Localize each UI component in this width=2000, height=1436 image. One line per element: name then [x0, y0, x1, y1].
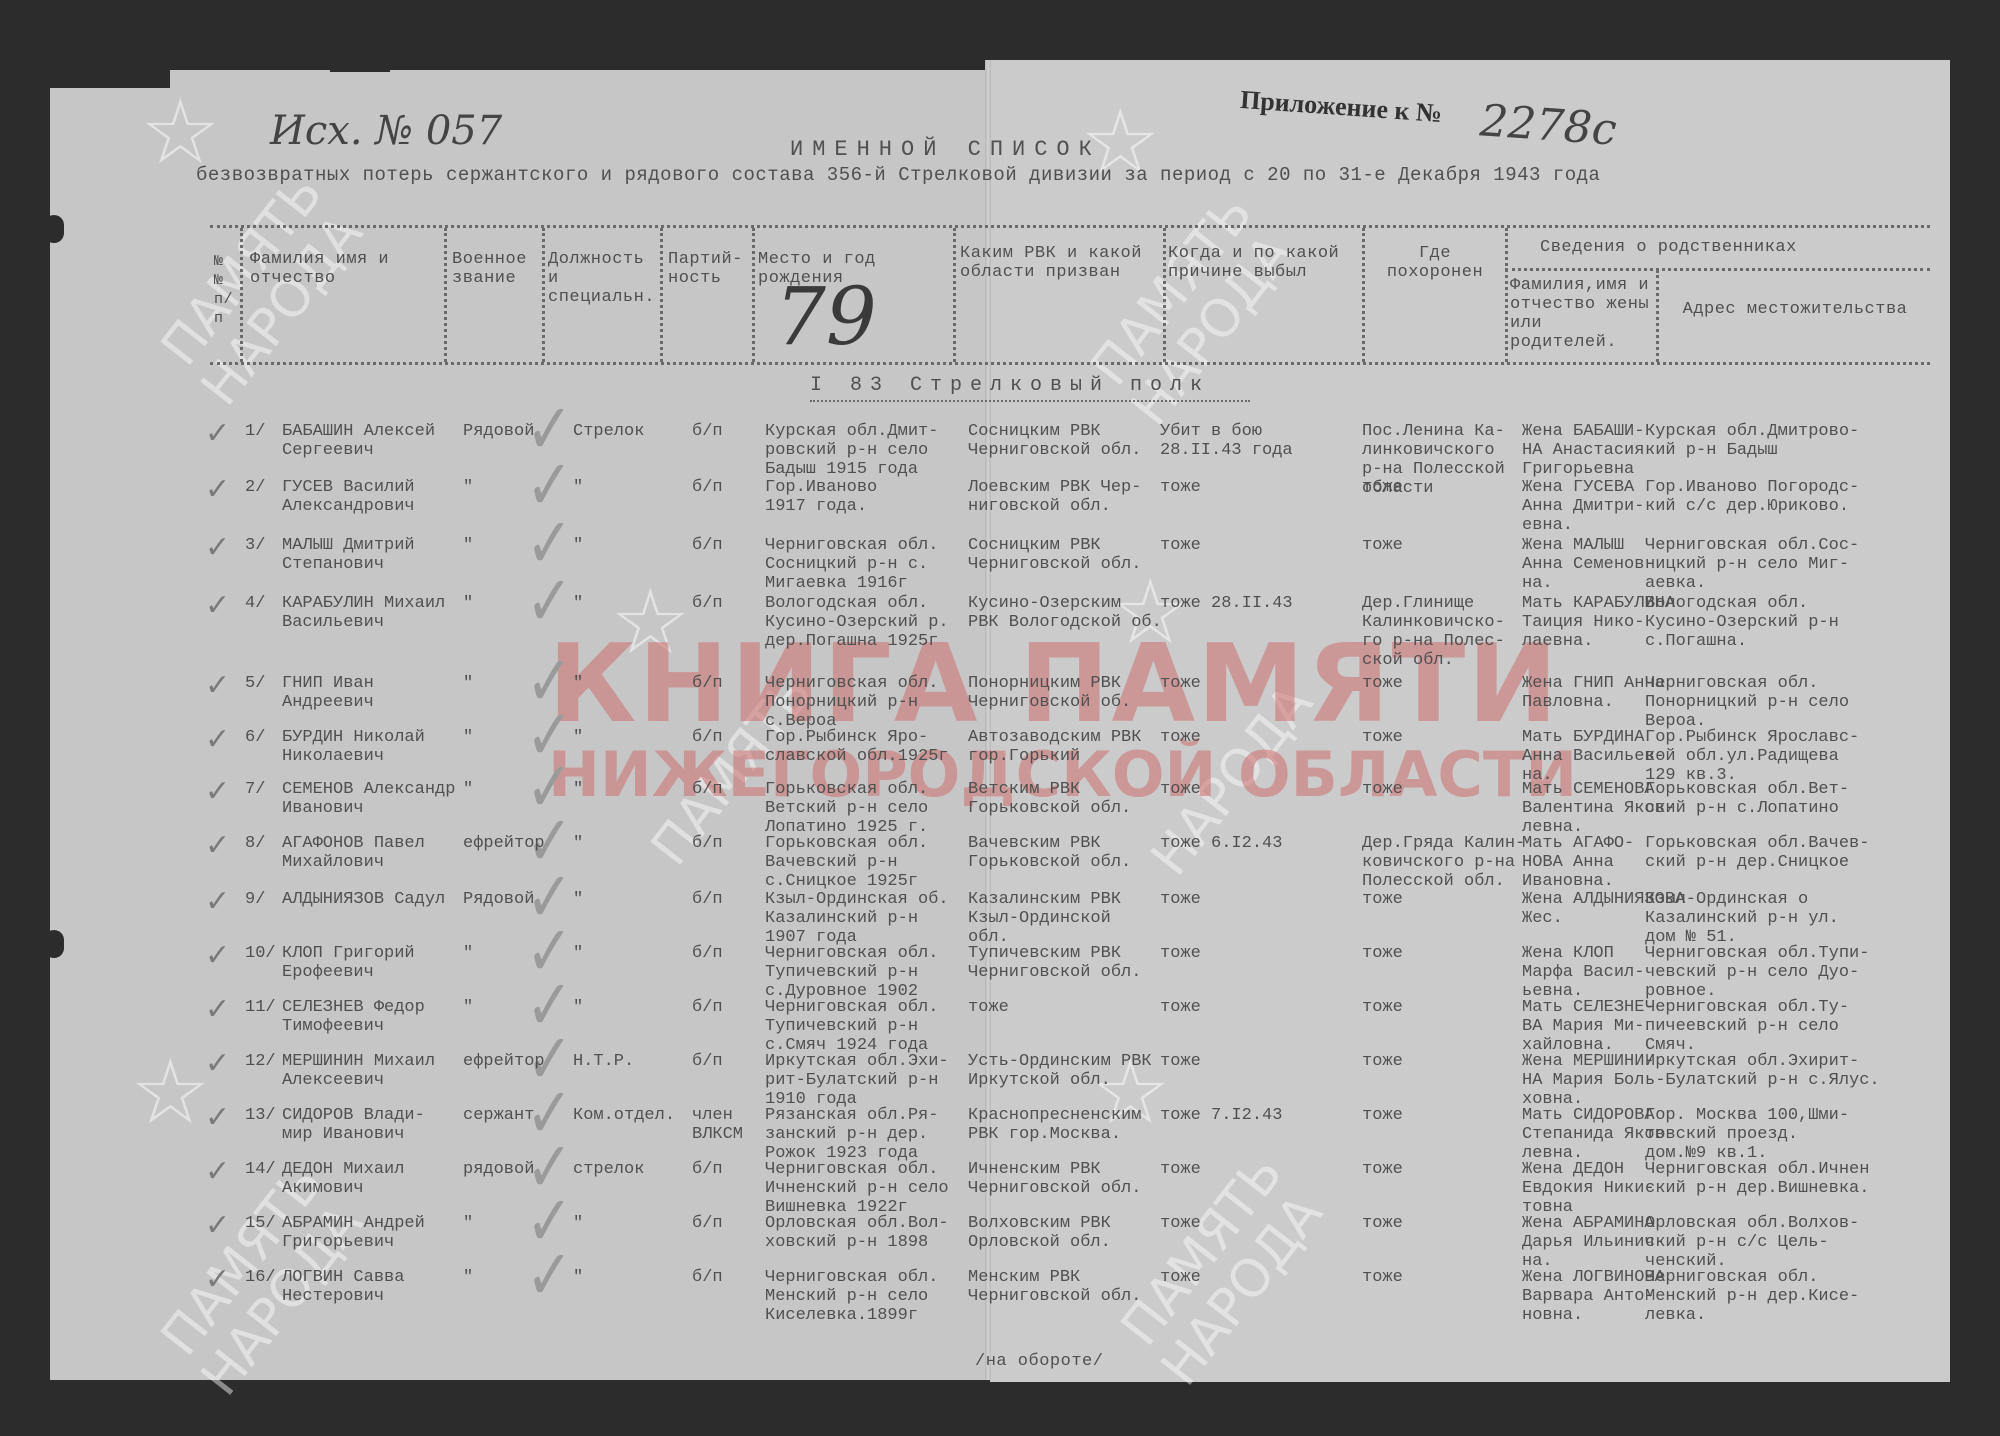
- cell-birth: Черниговская обл. Ичненский р-н село Виш…: [765, 1160, 949, 1217]
- cell-draft: Вачевским РВК Горьковской обл.: [968, 834, 1131, 872]
- cell-birth: Орловская обл.Вол- ховский р-н 1898: [765, 1214, 949, 1252]
- cell-relative-address: Горьковская обл.Вачев- ский р-н дер.Сниц…: [1645, 834, 1869, 872]
- cell-draft: Волховским РВК Орловской обл.: [968, 1214, 1111, 1252]
- cell-party: б/п: [692, 1052, 723, 1071]
- cell-buried: тоже: [1362, 890, 1403, 909]
- cell-relative-address: Гор. Москва 100,Шми- товский проезд. дом…: [1645, 1106, 1849, 1163]
- cell-name: ЛОГВИН Савва Нестерович: [282, 1268, 404, 1306]
- cell-relative-name: Жена КЛОП Марфа Васил- ьевна.: [1522, 944, 1644, 1001]
- cell-rank: ": [463, 728, 473, 747]
- cell-position: стрелок: [573, 1160, 644, 1179]
- cell-num: 5/: [245, 674, 265, 693]
- cell-name: МАЛЫШ Дмитрий Степанович: [282, 536, 415, 574]
- cell-relative-name: Жена ДЕДОН Евдокия Ники- товна: [1522, 1160, 1655, 1217]
- cell-num: 1/: [245, 422, 265, 441]
- check-mark-icon: ✓: [205, 668, 230, 703]
- cell-buried: Дер.Глинище Калинковичско- го р-на Полес…: [1362, 594, 1505, 670]
- cell-birth: Иркутская обл.Эхи- рит-Булатский р-н 191…: [765, 1052, 949, 1109]
- cell-relative-address: Черниговская обл. Менский р-н дер.Кисе- …: [1645, 1268, 1859, 1325]
- cell-rank: ": [463, 536, 473, 555]
- cell-buried: тоже: [1362, 1106, 1403, 1125]
- cell-when-why: тоже: [1160, 1052, 1201, 1071]
- cell-name: АЛДЫНИЯЗОВ Садул: [282, 890, 445, 909]
- cell-draft: Усть-Ординским РВК Иркутской обл.: [968, 1052, 1152, 1090]
- cell-draft: Тупичевским РВК Черниговской обл.: [968, 944, 1141, 982]
- cell-buried: тоже: [1362, 998, 1403, 1017]
- cell-party: б/п: [692, 1214, 723, 1233]
- cell-party: член ВЛКСМ: [692, 1106, 743, 1144]
- cell-relative-address: Кзыл-Ординская о Казалинский р-н ул. дом…: [1645, 890, 1839, 947]
- cell-party: б/п: [692, 890, 723, 909]
- cell-party: б/п: [692, 998, 723, 1017]
- check-mark-icon: ✓: [205, 774, 230, 809]
- cell-draft: Ичненским РВК Черниговской обл.: [968, 1160, 1141, 1198]
- column-divider: [1505, 228, 1508, 362]
- cell-name: БАБАШИН Алексей Сергеевич: [282, 422, 435, 460]
- cell-num: 10/: [245, 944, 276, 963]
- cell-position: ": [573, 674, 583, 693]
- header-relatives-group: Сведения о родственниках: [1540, 238, 1797, 257]
- torn-edge: [330, 48, 390, 72]
- cell-party: б/п: [692, 1268, 723, 1287]
- cell-name: СЕЛЕЗНЕВ Федор Тимофеевич: [282, 998, 425, 1036]
- cell-draft: Автозаводским РВК гор.Горький: [968, 728, 1141, 766]
- star-watermark-icon: ☆: [130, 1040, 211, 1145]
- check-mark-icon: ✓: [205, 588, 230, 623]
- cell-relative-name: Жена МЕРШИНИ- НА Мария Бол- ховна.: [1522, 1052, 1655, 1109]
- cell-birth: Кзыл-Ординская об. Казалинский р-н 1907 …: [765, 890, 949, 947]
- cell-buried: тоже: [1362, 1160, 1403, 1179]
- header-when-why: Когда и по какой причине выбыл: [1168, 244, 1358, 282]
- attachment-stamp-number: 2278с: [1478, 95, 1618, 155]
- cell-buried: тоже: [1362, 1214, 1403, 1233]
- check-mark-icon: ✓: [205, 722, 230, 757]
- cell-relative-address: Черниговская обл.Тупи- чевский р-н село …: [1645, 944, 1869, 1001]
- table-header-bottom-border: [210, 362, 1930, 365]
- cell-draft: Кусино-Озерским РВК Вологодской об.: [968, 594, 1162, 632]
- cell-relative-address: Гор.Рыбинск Ярославс- кой обл.ул.Радищев…: [1645, 728, 1859, 785]
- header-buried: Где похоронен: [1370, 244, 1500, 282]
- cell-draft: Понорницким РВК Черниговской об.: [968, 674, 1131, 712]
- cell-when-why: тоже 28.II.43: [1160, 594, 1293, 613]
- cell-name: СИДОРОВ Влади- мир Иванович: [282, 1106, 425, 1144]
- cell-position: ": [573, 944, 583, 963]
- cell-draft: тоже: [968, 998, 1009, 1017]
- cell-num: 13/: [245, 1106, 276, 1125]
- cell-rank: ": [463, 594, 473, 613]
- cell-party: б/п: [692, 1160, 723, 1179]
- cell-num: 9/: [245, 890, 265, 909]
- check-mark-icon: ✓: [205, 472, 230, 507]
- cell-when-why: тоже: [1160, 1268, 1201, 1287]
- cell-party: б/п: [692, 728, 723, 747]
- cell-buried: тоже: [1362, 536, 1403, 555]
- cell-num: 4/: [245, 594, 265, 613]
- cell-draft: Лоевским РВК Чер- ниговской обл.: [968, 478, 1141, 516]
- check-mark-icon: ✓: [205, 1262, 230, 1297]
- cell-relative-address: Черниговская обл.Сос- ницкий р-н село Ми…: [1645, 536, 1859, 593]
- cell-birth: Черниговская обл. Тупичевский р-н с.Дуро…: [765, 944, 938, 1001]
- cell-when-why: тоже: [1160, 536, 1201, 555]
- cell-birth: Горьковская обл. Вачевский р-н с.Сницкое…: [765, 834, 928, 891]
- cell-buried: тоже: [1362, 1268, 1403, 1287]
- cell-party: б/п: [692, 478, 723, 497]
- check-mark-icon: ✓: [205, 1208, 230, 1243]
- cell-position: ": [573, 998, 583, 1017]
- cell-position: ": [573, 780, 583, 799]
- cell-relative-name: Жена АБРАМИНА Дарья Ильинич- на.: [1522, 1214, 1665, 1271]
- cell-party: б/п: [692, 594, 723, 613]
- header-position: Должность и специальн.: [548, 250, 658, 307]
- cell-num: 8/: [245, 834, 265, 853]
- cell-name: ГНИП Иван Андреевич: [282, 674, 374, 712]
- header-relative-address: Адрес местожительства: [1680, 300, 1910, 319]
- column-divider: [953, 228, 956, 362]
- cell-party: б/п: [692, 780, 723, 799]
- cell-buried: тоже: [1362, 478, 1403, 497]
- column-divider: [1362, 228, 1365, 362]
- header-name: Фамилия имя и отчество: [250, 250, 440, 288]
- cell-num: 2/: [245, 478, 265, 497]
- cell-name: КАРАБУЛИН Михаил Васильевич: [282, 594, 445, 632]
- column-divider: [660, 228, 663, 362]
- cell-relative-address: Горьковская обл.Вет- ский р-н с.Лопатино: [1645, 780, 1849, 818]
- check-mark-icon: ✓: [205, 992, 230, 1027]
- cell-when-why: тоже: [1160, 780, 1201, 799]
- document-subtitle: безвозвратных потерь сержантского и рядо…: [196, 166, 1600, 185]
- cell-rank: ": [463, 944, 473, 963]
- cell-buried: тоже: [1362, 944, 1403, 963]
- cell-when-why: тоже: [1160, 1160, 1201, 1179]
- document-title: ИМЕННОЙ СПИСОК: [790, 140, 1101, 159]
- column-divider: [240, 228, 243, 362]
- large-check-mark-icon: ✓: [526, 1234, 573, 1316]
- cell-rank: Рядовой: [463, 422, 534, 441]
- cell-when-why: тоже: [1160, 944, 1201, 963]
- cell-name: АБРАМИН Андрей Григорьевич: [282, 1214, 425, 1252]
- cell-buried: тоже: [1362, 674, 1403, 693]
- check-mark-icon: ✓: [205, 884, 230, 919]
- cell-when-why: тоже: [1160, 998, 1201, 1017]
- cell-rank: ": [463, 1214, 473, 1233]
- table-top-border: [210, 225, 1930, 228]
- cell-relative-name: Жена ЛОГВИНОВА Варвара Анто- новна.: [1522, 1268, 1665, 1325]
- handwritten-mark: 79: [775, 270, 877, 363]
- cell-relative-address: Орловская обл.Волхов- ский р-н с/с Цель-…: [1645, 1214, 1859, 1271]
- cell-draft: Ветским РВК Горьковской обл.: [968, 780, 1131, 818]
- header-rank: Военное звание: [452, 250, 540, 288]
- cell-name: СЕМЕНОВ Александр Иванович: [282, 780, 455, 818]
- cell-draft: Сосницким РВК Черниговской обл.: [968, 422, 1141, 460]
- cell-rank: ефрейтор: [463, 834, 545, 853]
- cell-relative-name: Мать СЕЛЕЗНЕ- ВА Мария Ми- хайловна.: [1522, 998, 1655, 1055]
- cell-relative-address: Гор.Иваново Погородс- кий с/с дер.Юриков…: [1645, 478, 1859, 516]
- cell-name: ДЕДОН Михаил Акимович: [282, 1160, 404, 1198]
- cell-birth: Гор.Иваново 1917 года.: [765, 478, 877, 516]
- cell-birth: Рязанская обл.Ря- занский р-н дер. Рожок…: [765, 1106, 938, 1163]
- cell-num: 12/: [245, 1052, 276, 1071]
- header-num: № № п/п: [214, 252, 240, 328]
- relatives-subheader-border: [1505, 268, 1930, 271]
- cell-relative-address: Иркутская обл.Эхирит- ь-Булатский р-н с.…: [1645, 1052, 1880, 1090]
- cell-relative-address: Черниговская обл.Ичнен ский р-н дер.Вишн…: [1645, 1160, 1869, 1198]
- cell-when-why: Убит в бою 28.II.43 года: [1160, 422, 1293, 460]
- header-relative-name: Фамилия,имя и отчество жены или родителе…: [1510, 276, 1650, 352]
- cell-draft: Сосницким РВК Черниговской обл.: [968, 536, 1141, 574]
- cell-num: 3/: [245, 536, 265, 555]
- cell-rank: ": [463, 478, 473, 497]
- cell-buried: Дер.Гряда Калин- ковичского р-на Полесск…: [1362, 834, 1525, 891]
- footer-note: /на обороте/: [975, 1352, 1103, 1371]
- cell-num: 14/: [245, 1160, 276, 1179]
- cell-name: ГУСЕВ Василий Александрович: [282, 478, 415, 516]
- cell-relative-name: Жена ГУСЕВА Анна Дмитри- евна.: [1522, 478, 1644, 535]
- cell-position: ": [573, 728, 583, 747]
- cell-when-why: тоже: [1160, 728, 1201, 747]
- cell-birth: Вологодская обл. Кусино-Озерский р. дер.…: [765, 594, 949, 651]
- cell-when-why: тоже: [1160, 890, 1201, 909]
- cell-relative-name: Жена МАЛЫШ Анна Семенов- на.: [1522, 536, 1655, 593]
- punch-hole: [44, 930, 64, 958]
- column-divider: [1656, 270, 1659, 362]
- cell-when-why: тоже: [1160, 478, 1201, 497]
- column-divider: [542, 228, 545, 362]
- section-underline: [810, 400, 1250, 402]
- cell-rank: ефрейтор: [463, 1052, 545, 1071]
- check-mark-icon: ✓: [205, 828, 230, 863]
- cell-rank: сержант: [463, 1106, 534, 1125]
- cell-position: ": [573, 1268, 583, 1287]
- cell-party: б/п: [692, 834, 723, 853]
- cell-draft: Краснопресненским РВК гор.Москва.: [968, 1106, 1141, 1144]
- handwritten-reference: Исх. № 057: [270, 108, 502, 154]
- cell-rank: рядовой: [463, 1160, 534, 1179]
- column-divider: [1163, 228, 1166, 362]
- cell-draft: Менским РВК Черниговской обл.: [968, 1268, 1141, 1306]
- cell-relative-address: Курская обл.Дмитрово- кий р-н Бадыш: [1645, 422, 1859, 460]
- header-party: Партий-ность: [668, 250, 750, 288]
- cell-position: Стрелок: [573, 422, 644, 441]
- check-mark-icon: ✓: [205, 1100, 230, 1135]
- column-divider: [444, 228, 447, 362]
- punch-hole: [44, 215, 64, 243]
- cell-num: 11/: [245, 998, 276, 1017]
- cell-num: 7/: [245, 780, 265, 799]
- cell-when-why: тоже 6.I2.43: [1160, 834, 1282, 853]
- cell-num: 16/: [245, 1268, 276, 1287]
- cell-name: КЛОП Григорий Ерофеевич: [282, 944, 415, 982]
- cell-buried: тоже: [1362, 780, 1403, 799]
- cell-birth: Черниговская обл. Менский р-н село Кисел…: [765, 1268, 938, 1325]
- cell-rank: ": [463, 998, 473, 1017]
- cell-position: ": [573, 594, 583, 613]
- cell-buried: тоже: [1362, 1052, 1403, 1071]
- cell-relative-name: Жена ГНИП Анна Павловна.: [1522, 674, 1665, 712]
- cell-party: б/п: [692, 422, 723, 441]
- cell-relative-address: Черниговская обл. Понорницкий р-н село В…: [1645, 674, 1849, 731]
- section-header: I 83 Стрелковый полк: [810, 376, 1210, 395]
- check-mark-icon: ✓: [205, 938, 230, 973]
- cell-rank: ": [463, 780, 473, 799]
- cell-birth: Черниговская обл. Сосницкий р-н с. Мигае…: [765, 536, 938, 593]
- cell-rank: ": [463, 1268, 473, 1287]
- cell-name: МЕРШИНИН Михаил Алексеевич: [282, 1052, 435, 1090]
- cell-position: Н.Т.Р.: [573, 1052, 634, 1071]
- cell-relative-name: Жена БАБАШИ- НА Анастасия Григорьевна: [1522, 422, 1644, 479]
- check-mark-icon: ✓: [205, 416, 230, 451]
- check-mark-icon: ✓: [205, 530, 230, 565]
- cell-birth: Горьковская обл. Ветский р-н село Лопати…: [765, 780, 928, 837]
- cell-birth: Черниговская обл. Тупичевский р-н с.Смяч…: [765, 998, 938, 1055]
- column-divider: [752, 228, 755, 362]
- cell-position: ": [573, 478, 583, 497]
- cell-num: 15/: [245, 1214, 276, 1233]
- cell-position: ": [573, 536, 583, 555]
- large-check-mark-icon: ✓: [526, 560, 573, 642]
- cell-birth: Курская обл.Дмит- ровский р-н село Бадыш…: [765, 422, 938, 479]
- cell-position: Ком.отдел.: [573, 1106, 675, 1125]
- cell-rank: Рядовой: [463, 890, 534, 909]
- cell-name: АГАФОНОВ Павел Михайлович: [282, 834, 425, 872]
- cell-relative-address: Вологодская обл. Кусино-Озерский р-н с.П…: [1645, 594, 1839, 651]
- cell-when-why: тоже: [1160, 1214, 1201, 1233]
- cell-relative-name: Мать БУРДИНА Анна Васильев- на.: [1522, 728, 1665, 785]
- cell-position: ": [573, 1214, 583, 1233]
- check-mark-icon: ✓: [205, 1154, 230, 1189]
- cell-relative-address: Черниговская обл.Ту- пичеевский р-н село…: [1645, 998, 1849, 1055]
- cell-name: БУРДИН Николай Николаевич: [282, 728, 425, 766]
- check-mark-icon: ✓: [205, 1046, 230, 1081]
- cell-buried: тоже: [1362, 728, 1403, 747]
- cell-birth: Гор.Рыбинск Яро- славской обл.1925г: [765, 728, 949, 766]
- cell-rank: ": [463, 674, 473, 693]
- cell-draft: Казалинским РВК Кзыл-Ординской обл.: [968, 890, 1121, 947]
- cell-when-why: тоже 7.I2.43: [1160, 1106, 1282, 1125]
- cell-party: б/п: [692, 944, 723, 963]
- cell-position: ": [573, 890, 583, 909]
- cell-party: б/п: [692, 536, 723, 555]
- header-draft: Каким РВК и какой области призван: [960, 244, 1160, 282]
- cell-birth: Черниговская обл. Понорницкий р-н с.Веро…: [765, 674, 938, 731]
- cell-position: ": [573, 834, 583, 853]
- cell-party: б/п: [692, 674, 723, 693]
- cell-num: 6/: [245, 728, 265, 747]
- cell-when-why: тоже: [1160, 674, 1201, 693]
- cell-relative-name: Мать АГАФО- НОВА Анна Ивановна.: [1522, 834, 1634, 891]
